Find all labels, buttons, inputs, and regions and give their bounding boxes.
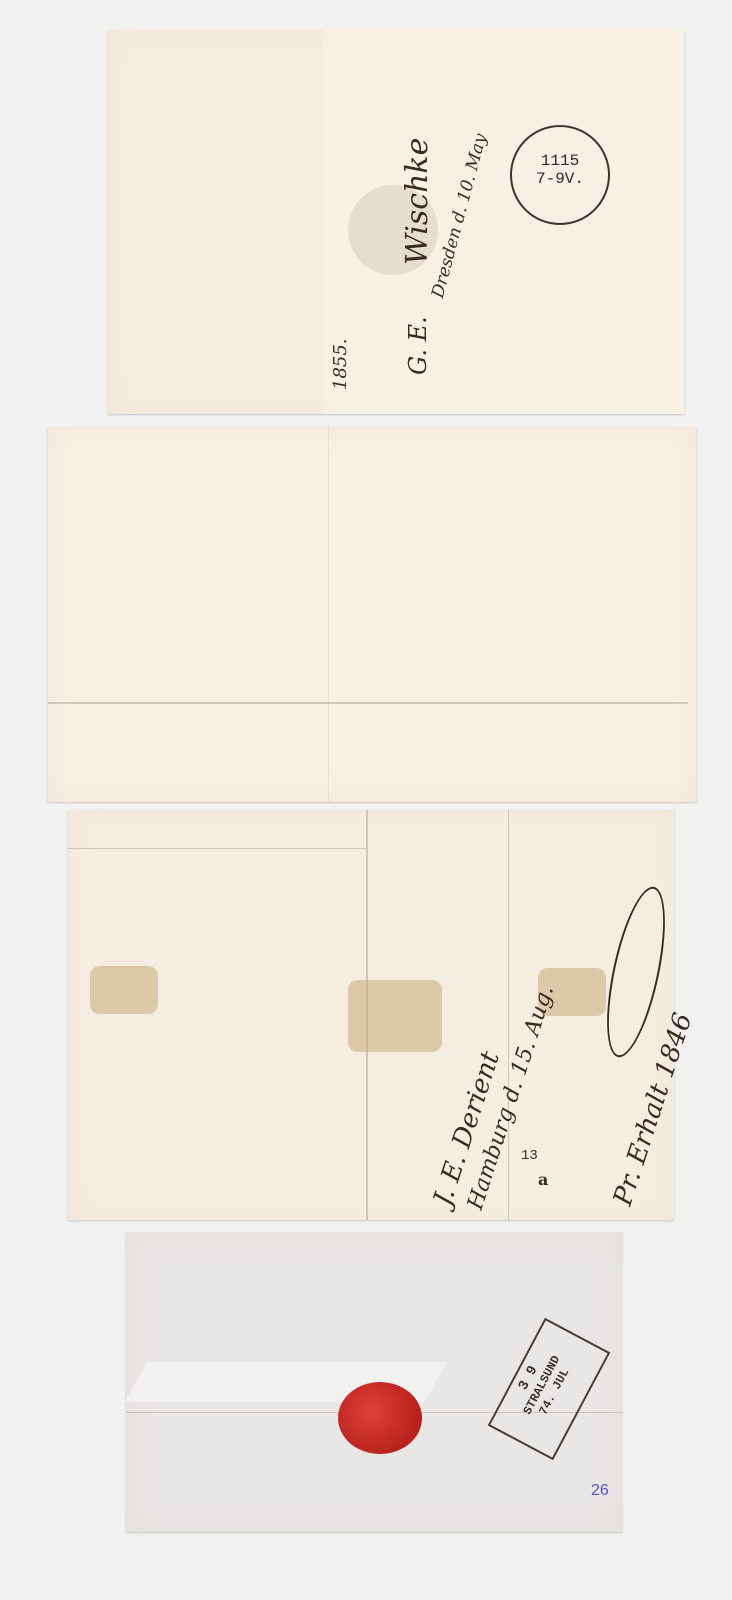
- letter-3: J. E. Derient Hamburg d. 15. Aug. Pr. Er…: [68, 810, 674, 1220]
- fold-line-h: [68, 848, 366, 849]
- postmark-circle: 1115 7-9V.: [510, 125, 610, 225]
- stain-center: [348, 980, 442, 1052]
- letter-2: [48, 426, 696, 802]
- blue-number: 26: [591, 1482, 609, 1500]
- fold-line-2: [508, 810, 509, 1220]
- letter-1: Wischke Dresden d. 10. May G. E. 1855. 1…: [108, 30, 684, 414]
- rectangular-postmark: 3 9 STRALSUND 74. JUL: [488, 1318, 611, 1460]
- postmark-line2: 7-9V.: [512, 170, 608, 188]
- name-text: Wischke: [400, 138, 435, 265]
- letter-4: 3 9 STRALSUND 74. JUL 26: [126, 1232, 622, 1532]
- initials-text: G. E.: [404, 316, 432, 375]
- fold-line-vertical: [328, 426, 329, 802]
- stain-left: [90, 966, 158, 1014]
- letter-a: a: [538, 1170, 548, 1189]
- wax-seal: [338, 1382, 422, 1454]
- fold-line: [48, 702, 688, 704]
- postmark-line1: 1115: [512, 152, 608, 170]
- year-text: 1855.: [330, 338, 351, 390]
- numeral-text: 13: [521, 1148, 538, 1164]
